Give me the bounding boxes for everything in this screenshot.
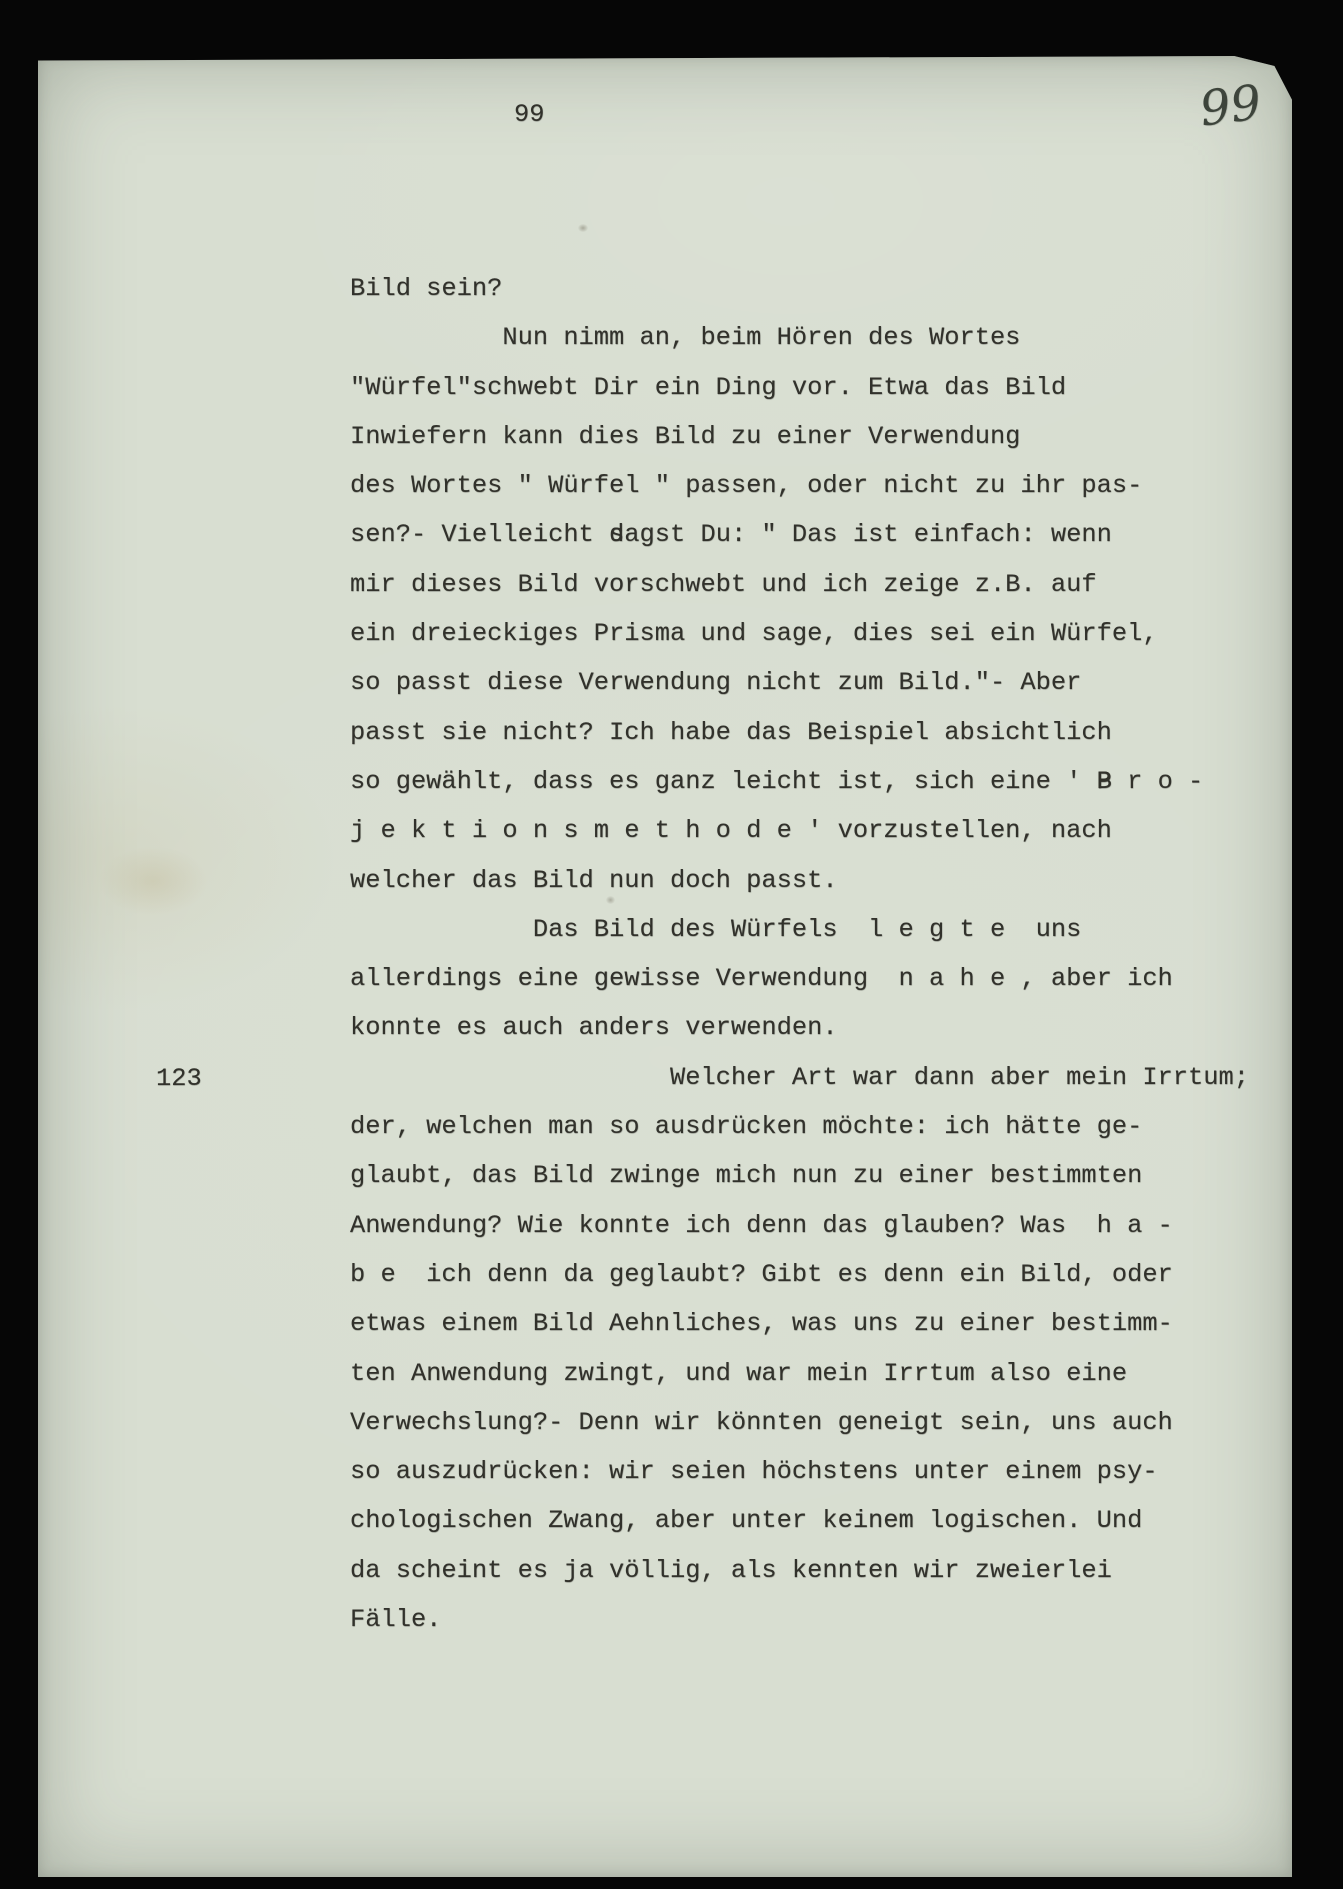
- text-line: chologischen Zwang, aber unter keinem lo…: [350, 1496, 1250, 1545]
- text-line: so passt diese Verwendung nicht zum Bild…: [350, 658, 1250, 707]
- text-line: so auszudrücken: wir seien höchstens unt…: [350, 1447, 1250, 1496]
- text-line: da scheint es ja völlig, als kennten wir…: [350, 1546, 1250, 1595]
- text-run: der, welchen man so ausdrücken möchte: i…: [350, 1112, 1142, 1141]
- text-run: Anwendung? Wie konnte ich denn das glaub…: [350, 1211, 1173, 1240]
- text-line: b e ich denn da geglaubt? Gibt es denn e…: [350, 1250, 1250, 1299]
- text-line: ten Anwendung zwingt, und war mein Irrtu…: [350, 1349, 1250, 1398]
- text-run: "Würfel"schwebt Dir ein Ding vor. Etwa d…: [350, 373, 1066, 402]
- text-run: ein dreieckiges Prisma und sage, dies se…: [350, 619, 1158, 648]
- text-line: passt sie nicht? Ich habe das Beispiel a…: [350, 708, 1250, 757]
- text-line: Inwiefern kann dies Bild zu einer Verwen…: [350, 412, 1250, 461]
- handwritten-page-number: 99: [1197, 74, 1264, 137]
- text-run: Inwiefern kann dies Bild zu einer Verwen…: [350, 422, 1020, 451]
- paper-stain: [98, 846, 208, 916]
- text-run: glaubt, das Bild zwinge mich nun zu eine…: [350, 1161, 1142, 1190]
- text-line: etwas einem Bild Aehnliches, was uns zu …: [350, 1299, 1250, 1348]
- scanned-page-photo: 99 99 123 Bild sein? Nun nimm an, beim H…: [0, 0, 1343, 1889]
- text-run: Bild sein?: [350, 274, 502, 303]
- text-run: ten Anwendung zwingt, und war mein Irrtu…: [350, 1359, 1127, 1388]
- text-line: der, welchen man so ausdrücken möchte: i…: [350, 1102, 1250, 1151]
- overstruck-char: ds: [609, 510, 624, 559]
- text-line: Anwendung? Wie konnte ich denn das glaub…: [350, 1201, 1250, 1250]
- text-run: so auszudrücken: wir seien höchstens unt…: [350, 1457, 1158, 1486]
- text-run: da scheint es ja völlig, als kennten wir…: [350, 1556, 1112, 1585]
- text-run: Fälle.: [350, 1605, 441, 1634]
- text-run: etwas einem Bild Aehnliches, was uns zu …: [350, 1309, 1173, 1338]
- text-run: konnte es auch anders verwenden.: [350, 1013, 838, 1042]
- text-run: r o -: [1112, 767, 1203, 796]
- text-line: "Würfel"schwebt Dir ein Ding vor. Etwa d…: [350, 363, 1250, 412]
- text-line: Bild sein?: [350, 264, 1250, 313]
- typed-page-number: 99: [514, 100, 544, 129]
- text-line: mir dieses Bild vorschwebt und ich zeige…: [350, 560, 1250, 609]
- text-line: Nun nimm an, beim Hören des Wortes: [350, 313, 1250, 362]
- text-line: j e k t i o n s m e t h o d e ' vorzuste…: [350, 806, 1250, 855]
- text-run: sen?- Vielleicht: [350, 520, 609, 549]
- text-line: Verwechslung?- Denn wir könnten geneigt …: [350, 1398, 1250, 1447]
- text-line: ein dreieckiges Prisma und sage, dies se…: [350, 609, 1250, 658]
- text-run: Welcher Art war dann aber mein Irrtum;: [350, 1063, 1249, 1092]
- text-line: so gewählt, dass es ganz leicht ist, sic…: [350, 757, 1250, 806]
- text-line: sen?- Vielleicht dsagst Du: " Das ist ei…: [350, 510, 1250, 559]
- text-line: des Wortes " Würfel " passen, oder nicht…: [350, 461, 1250, 510]
- text-run: so passt diese Verwendung nicht zum Bild…: [350, 668, 1081, 697]
- text-line: glaubt, das Bild zwinge mich nun zu eine…: [350, 1151, 1250, 1200]
- text-run: Verwechslung?- Denn wir könnten geneigt …: [350, 1408, 1173, 1437]
- text-run: so gewählt, dass es ganz leicht ist, sic…: [350, 767, 1097, 796]
- paper-sheet: 99 99 123 Bild sein? Nun nimm an, beim H…: [38, 56, 1292, 1877]
- paper-speck: [578, 224, 588, 232]
- text-run: chologischen Zwang, aber unter keinem lo…: [350, 1506, 1142, 1535]
- margin-remark-number: 123: [156, 1064, 202, 1093]
- text-run: des Wortes " Würfel " passen, oder nicht…: [350, 471, 1142, 500]
- text-run: b e ich denn da geglaubt? Gibt es denn e…: [350, 1260, 1173, 1289]
- text-line: welcher das Bild nun doch passt.: [350, 856, 1250, 905]
- text-run: mir dieses Bild vorschwebt und ich zeige…: [350, 570, 1097, 599]
- text-run: agst Du: " Das ist einfach: wenn: [624, 520, 1112, 549]
- text-run: passt sie nicht? Ich habe das Beispiel a…: [350, 718, 1112, 747]
- text-run: welcher das Bild nun doch passt.: [350, 866, 838, 895]
- text-line: Fälle.: [350, 1595, 1250, 1644]
- text-line: konnte es auch anders verwenden.: [350, 1003, 1250, 1052]
- text-line: allerdings eine gewisse Verwendung n a h…: [350, 954, 1250, 1003]
- text-run: allerdings eine gewisse Verwendung n a h…: [350, 964, 1173, 993]
- typed-text-block: Bild sein? Nun nimm an, beim Hören des W…: [350, 264, 1250, 1644]
- text-run: Nun nimm an, beim Hören des Wortes: [350, 323, 1020, 352]
- text-line: Das Bild des Würfels l e g t e uns: [350, 905, 1250, 954]
- overstruck-char: BP: [1097, 757, 1112, 806]
- text-run: Das Bild des Würfels l e g t e uns: [350, 915, 1081, 944]
- text-run: j e k t i o n s m e t h o d e ' vorzuste…: [350, 816, 1112, 845]
- text-line: Welcher Art war dann aber mein Irrtum;: [350, 1053, 1250, 1102]
